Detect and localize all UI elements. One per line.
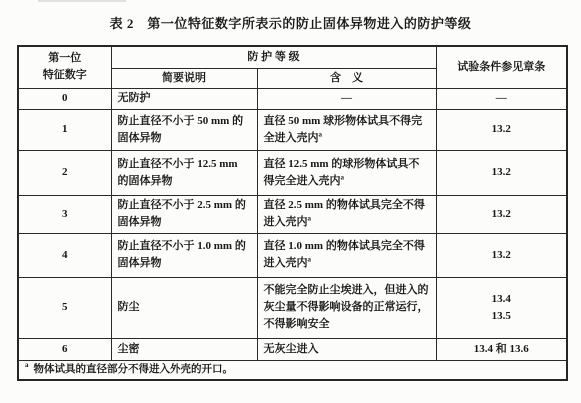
- scan-artifact: [38, 0, 126, 2]
- header-protection-level: 防 护 等 级: [111, 46, 436, 68]
- cell-digit: 2: [18, 150, 111, 195]
- cell-meaning: —: [257, 88, 436, 109]
- table-title: 表 2 第一位特征数字所表示的防止固体异物进入的防护等级: [0, 13, 581, 32]
- cell-digit: 5: [18, 277, 111, 338]
- cell-clause: 13.2: [436, 233, 567, 277]
- cell-brief: 无防护: [111, 88, 257, 109]
- header-first-digit: 第一位 特征数字: [18, 46, 111, 88]
- footnote-ref: a: [341, 173, 345, 181]
- cell-clause: 13.2: [436, 150, 567, 195]
- cell-digit: 3: [18, 195, 111, 233]
- header-first-digit-line2: 特征数字: [25, 67, 105, 85]
- cell-brief: 防止直径不小于 50 mm 的固体异物: [111, 109, 257, 150]
- protection-degrees-table: 第一位 特征数字 防 护 等 级 试验条件参见章条 简要说明 含 义 0 无防护…: [17, 45, 568, 381]
- document-page: 表 2 第一位特征数字所表示的防止固体异物进入的防护等级 第一位 特征数字 防 …: [0, 0, 581, 403]
- cell-clause: —: [436, 88, 567, 109]
- cell-clause: 13.2: [436, 109, 567, 150]
- footnote-marker: a: [25, 361, 29, 369]
- meaning-text: 直径 1.0 mm 的物体试具完全不得进入壳内: [264, 240, 425, 269]
- cell-brief: 防止直径不小于 12.5 mm 的固体异物: [111, 150, 257, 195]
- cell-brief: 防止直径不小于 2.5 mm 的固体异物: [111, 195, 257, 233]
- table-row-3: 3 防止直径不小于 2.5 mm 的固体异物 直径 2.5 mm 的物体试具完全…: [18, 195, 567, 233]
- clause-line-1: 13.4: [443, 291, 561, 308]
- header-first-digit-line1: 第一位: [25, 50, 105, 68]
- cell-clause: 13.2: [436, 195, 567, 233]
- footnote-ref: a: [308, 214, 312, 222]
- clause-line-2: 13.5: [443, 308, 561, 325]
- cell-meaning: 直径 12.5 mm 的球形物体试具不得完全进入壳内a: [257, 150, 436, 195]
- cell-meaning: 直径 50 mm 球形物体试具不得完全进入壳内a: [257, 109, 436, 150]
- table-row-0: 0 无防护 — —: [18, 88, 567, 109]
- footnote-ref: a: [319, 130, 323, 138]
- cell-clause: 13.4 和 13.6: [436, 338, 567, 360]
- footnote-text: 物体试具的直径部分不得进入外壳的开口。: [34, 364, 234, 375]
- cell-digit: 1: [18, 109, 111, 150]
- cell-digit: 4: [18, 233, 111, 277]
- cell-brief: 防尘: [111, 277, 257, 338]
- footnote-ref: a: [308, 255, 312, 263]
- cell-meaning: 不能完全防止尘埃进入，但进入的灰尘量不得影响设备的正常运行，不得影响安全: [257, 277, 436, 338]
- table-row-1: 1 防止直径不小于 50 mm 的固体异物 直径 50 mm 球形物体试具不得完…: [18, 109, 567, 150]
- table-row-2: 2 防止直径不小于 12.5 mm 的固体异物 直径 12.5 mm 的球形物体…: [18, 150, 567, 195]
- header-test-clause: 试验条件参见章条: [436, 46, 567, 88]
- header-row-1: 第一位 特征数字 防 护 等 级 试验条件参见章条: [18, 46, 567, 68]
- cell-clause: 13.4 13.5: [436, 277, 567, 338]
- table-row-6: 6 尘密 无灰尘进入 13.4 和 13.6: [18, 338, 567, 360]
- cell-digit: 6: [18, 338, 111, 360]
- cell-brief: 防止直径不小于 1.0 mm 的固体异物: [111, 233, 257, 277]
- cell-meaning: 无灰尘进入: [257, 338, 436, 360]
- table-row-5: 5 防尘 不能完全防止尘埃进入，但进入的灰尘量不得影响设备的正常运行，不得影响安…: [18, 277, 567, 338]
- table-footnote: a物体试具的直径部分不得进入外壳的开口。: [18, 360, 567, 380]
- cell-meaning: 直径 2.5 mm 的物体试具完全不得进入壳内a: [257, 195, 436, 233]
- cell-brief: 尘密: [111, 338, 257, 360]
- header-meaning: 含 义: [257, 68, 436, 88]
- header-brief-description: 简要说明: [111, 68, 257, 88]
- cell-meaning: 直径 1.0 mm 的物体试具完全不得进入壳内a: [257, 233, 436, 277]
- footnote-row: a物体试具的直径部分不得进入外壳的开口。: [18, 360, 567, 380]
- cell-digit: 0: [18, 88, 111, 109]
- meaning-text: 直径 2.5 mm 的物体试具完全不得进入壳内: [264, 199, 425, 228]
- table-row-4: 4 防止直径不小于 1.0 mm 的固体异物 直径 1.0 mm 的物体试具完全…: [18, 233, 567, 277]
- meaning-text: 直径 50 mm 球形物体试具不得完全进入壳内: [264, 115, 423, 144]
